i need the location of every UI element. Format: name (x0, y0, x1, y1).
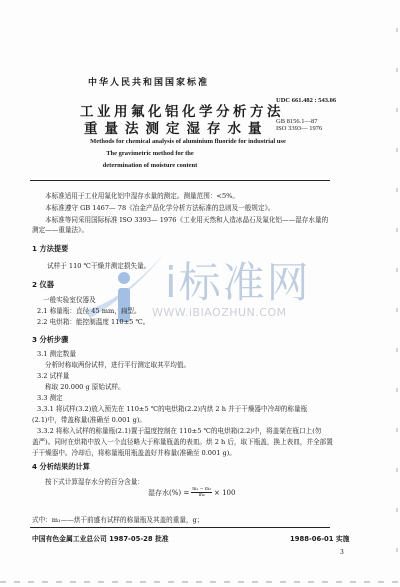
header-rule (30, 180, 330, 181)
scan-edge-marks (396, 0, 398, 587)
gb-number: GB 8156.1—87 (276, 118, 322, 125)
section-2-text: 一般实验室仪器及 (43, 296, 96, 304)
footer-rule (30, 527, 330, 528)
title-en-line1: Methods for chemical analysis of alumini… (38, 138, 338, 145)
formula-rhs: × 100 (214, 489, 235, 497)
intro-equivalence-cont: 测定——重量法》。 (32, 226, 88, 234)
section-3-2-title: 3.2 试样量 (37, 372, 69, 380)
title-en-line3: determination of moisture content (50, 162, 250, 169)
scan-bottom-edge (0, 581, 400, 583)
formula-lhs: 湿存水(%) = (148, 488, 189, 498)
standard-numbers: GB 8156.1—87 ISO 3393— 1976 (276, 118, 322, 132)
section-3-1-title: 3.1 测定数量 (37, 350, 76, 358)
section-3-title: 3 分析步骤 (32, 335, 68, 345)
section-3-3-2-line1: 3.3.2 将称入试样的称量瓶(2.1)置于温度控制在 110±5 ℃的电烘箱(… (37, 427, 321, 435)
section-2-title: 2 仪器 (32, 280, 54, 290)
iso-number: ISO 3393— 1976 (276, 125, 322, 132)
watermark-url: WWW.iBIAOZHUN.COM (152, 306, 287, 319)
formula-where: 式中：m₁——烘干前盛有试样的称量瓶及其盖的重量，g； (32, 516, 203, 524)
intro-equivalence: 本标准等同采用国际标准 ISO 3393— 1976《工业用天然和人造冰晶石及氟… (45, 216, 328, 224)
section-3-3-title: 3.3 测定 (37, 394, 63, 402)
udc-code: UDC 661.482 : 543.06 (276, 97, 336, 104)
watermark-brand: i标准网 (165, 250, 311, 310)
section-2-1: 2.1 称量瓶：直径 45 mm，扁型。 (37, 307, 141, 315)
section-3-3-1-line1: 3.3.1 将试样(3.2)放入预先在 110±5 ℃的电烘箱(2.2)内烘 2… (37, 405, 307, 413)
moisture-formula: 湿存水(%) = m₁ − m₂ m₀ × 100 (148, 487, 235, 498)
approval-info: 中国有色金属工业总公司 1987-05-28 批准 (32, 533, 169, 543)
page-number: 3 (340, 549, 344, 556)
section-4-text: 按下式计算湿存水分的百分含量： (45, 478, 144, 486)
section-3-3-2-line3: 于干燥器中。冷却后，将称量瓶用瓶盖盖好并称量(准确至 0.001 g)。 (32, 449, 236, 457)
title-en-line2: The gravimetric method for the (50, 150, 250, 157)
intro-scope: 本标准适用于工业用氟化铝中湿存水量的测定。测量范围：<5%。 (45, 192, 239, 200)
formula-denominator: m₀ (199, 493, 205, 498)
national-standard-label: 中华人民共和国国家标准 (88, 75, 209, 88)
title-zh-line2: 重量法测定湿存水量 (84, 117, 269, 137)
section-3-2-text: 称取 20.000 g 原始试样。 (45, 383, 125, 391)
section-1-title: 1 方法提要 (32, 244, 68, 254)
implementation-date: 1988-06-01 实施 (290, 533, 349, 543)
section-3-1-text: 分析时称取两份试样，进行平行测定取其平均值。 (45, 361, 190, 369)
section-3-3-2-line2: 盖严)。同时在烘箱中放入一个直径略大于称量瓶盖的表皿。烘 2 h 后，取下瓶盖，… (32, 438, 333, 446)
intro-compliance: 本标准遵守 GB 1467— 78《冶金产品化学分析方法标准的总则及一般规定》。 (45, 204, 275, 212)
section-1-text: 试样于 110 ℃干燥并测定损失量。 (47, 262, 150, 270)
formula-fraction: m₁ − m₂ m₀ (191, 487, 212, 498)
section-2-2: 2.2 电烘箱：能控制温度 110±5 ℃。 (37, 318, 149, 326)
section-3-3-1-line2: (2.1)中，带盖称量(准确至 0.001 g)。 (32, 416, 146, 424)
section-4-title: 4 分析结果的计算 (32, 462, 90, 472)
